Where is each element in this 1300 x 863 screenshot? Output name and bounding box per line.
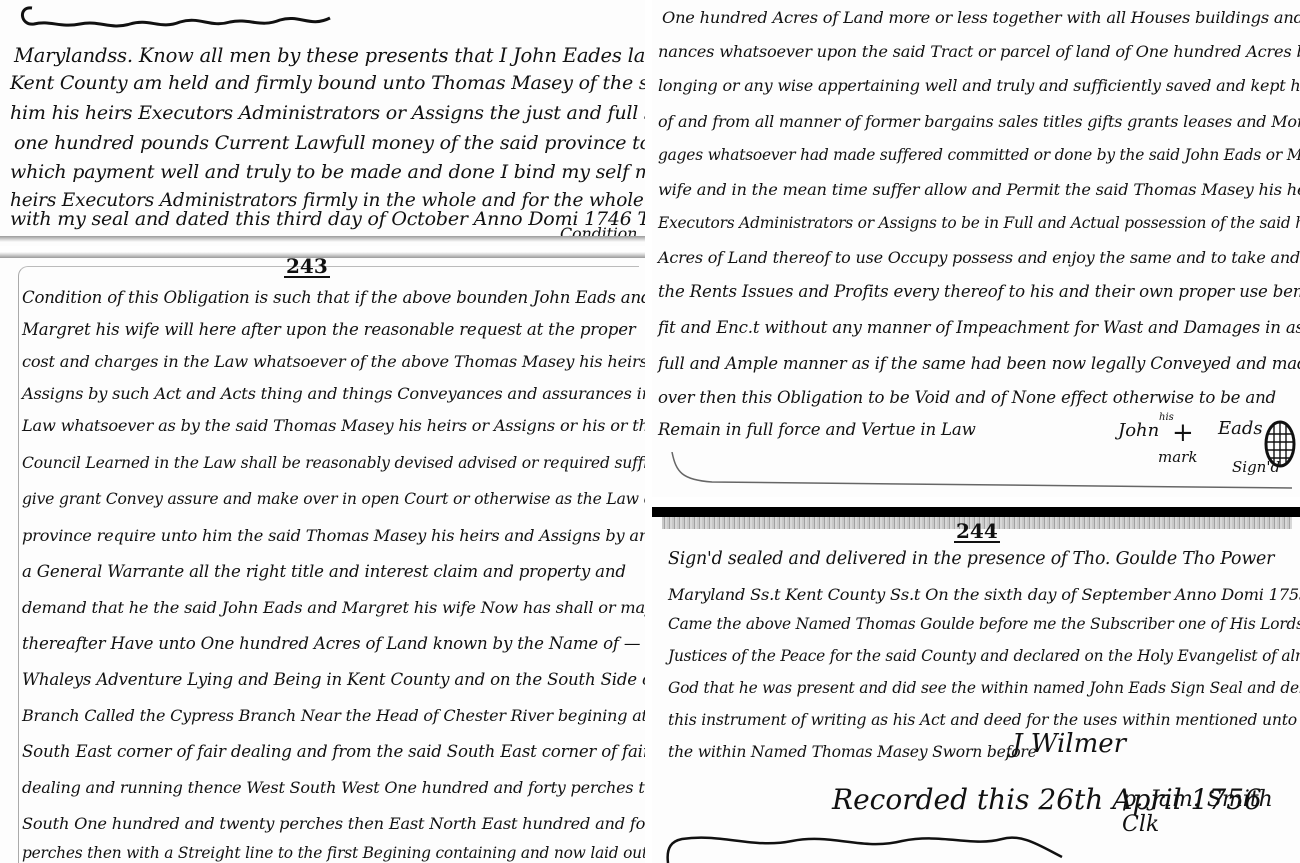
clerk-signature: p. Jam. Smith Clk bbox=[1122, 787, 1300, 837]
text-line: dealing and running thence West South We… bbox=[22, 778, 645, 797]
text-line: South One hundred and twenty perches the… bbox=[22, 814, 645, 833]
text-line: Kent County am held and firmly bound unt… bbox=[10, 72, 645, 94]
page-number: 243 bbox=[284, 256, 330, 278]
footer-flourish bbox=[662, 827, 1082, 863]
text-line: perches then with a Streight line to the… bbox=[22, 844, 645, 862]
text-line: province require unto him the said Thoma… bbox=[22, 526, 645, 545]
justice-signature: J Wilmer bbox=[1012, 729, 1126, 759]
text-line: Marylandss. Know all men by these presen… bbox=[14, 44, 645, 67]
header-flourish bbox=[10, 2, 350, 42]
signer-first-name: John bbox=[1118, 420, 1159, 441]
text-line: Condition of this Obligation is such tha… bbox=[22, 288, 645, 307]
text-line: Assigns by such Act and Acts thing and t… bbox=[22, 384, 645, 403]
text-line: of and from all manner of former bargain… bbox=[658, 112, 1300, 131]
scan-black-band bbox=[652, 507, 1300, 517]
text-line: South East corner of fair dealing and fr… bbox=[22, 742, 645, 761]
text-line: over then this Obligation to be Void and… bbox=[658, 388, 1276, 407]
text-line: demand that he the said John Eads and Ma… bbox=[22, 598, 645, 617]
text-line: with my seal and dated this third day of… bbox=[10, 208, 645, 230]
text-line: Branch Called the Cypress Branch Near th… bbox=[22, 706, 645, 725]
text-line: which payment well and truly to be made … bbox=[10, 161, 645, 183]
text-line: wife and in the mean time suffer allow a… bbox=[658, 180, 1300, 199]
text-line: longing or any wise appertaining well an… bbox=[658, 76, 1300, 95]
text-line: nances whatsoever upon the said Tract or… bbox=[658, 42, 1300, 61]
text-line: thereafter Have unto One hundred Acres o… bbox=[22, 634, 640, 653]
text-line: cost and charges in the Law whatsoever o… bbox=[22, 352, 645, 371]
text-line: Sign'd sealed and delivered in the prese… bbox=[668, 549, 1274, 569]
text-line: full and Ample manner as if the same had… bbox=[658, 354, 1300, 373]
page-edge-shadow bbox=[0, 236, 645, 242]
text-line: give grant Convey assure and make over i… bbox=[22, 490, 645, 508]
text-line: Maryland Ss.t Kent County Ss.t On the si… bbox=[668, 585, 1300, 604]
text-line: the within Named Thomas Masey Sworn befo… bbox=[668, 743, 1037, 761]
text-line: this instrument of writing as his Act an… bbox=[668, 711, 1297, 729]
signer-last-name: Eads bbox=[1218, 418, 1263, 439]
text-line: Executors Administrators or Assigns to b… bbox=[658, 214, 1300, 232]
text-line: Remain in full force and Vertue in Law bbox=[658, 420, 976, 439]
text-line: him his heirs Executors Administrators o… bbox=[10, 102, 645, 124]
text-line: Acres of Land thereof to use Occupy poss… bbox=[658, 248, 1300, 267]
text-line: gages whatsoever had made suffered commi… bbox=[658, 146, 1300, 164]
text-line: Justices of the Peace for the said Count… bbox=[668, 647, 1300, 665]
text-line: Margret his wife will here after upon th… bbox=[22, 320, 636, 339]
mark-cross: + bbox=[1172, 418, 1194, 448]
text-line: one hundred pounds Current Lawfull money… bbox=[14, 132, 645, 154]
text-line: Came the above Named Thomas Goulde befor… bbox=[668, 615, 1300, 633]
page-fragment-bottom-left: 243 Condition of this Obligation is such… bbox=[0, 252, 645, 863]
text-line: One hundred Acres of Land more or less t… bbox=[662, 8, 1300, 27]
page-bottom-edge bbox=[652, 452, 1300, 492]
text-line: the Rents Issues and Profits every there… bbox=[658, 282, 1300, 301]
page-fragment-top-left: Marylandss. Know all men by these presen… bbox=[0, 0, 645, 246]
text-line: God that he was present and did see the … bbox=[668, 679, 1300, 697]
text-line: Whaleys Adventure Lying and Being in Ken… bbox=[22, 670, 645, 689]
page-fragment-top-right: One hundred Acres of Land more or less t… bbox=[652, 0, 1300, 497]
text-line: a General Warrante all the right title a… bbox=[22, 562, 626, 581]
text-line: Council Learned in the Law shall be reas… bbox=[22, 454, 645, 472]
page-fragment-bottom-right: 244 Sign'd sealed and delivered in the p… bbox=[652, 507, 1300, 863]
page-number: 244 bbox=[954, 521, 1000, 543]
text-line: Law whatsoever as by the said Thomas Mas… bbox=[22, 416, 645, 435]
text-line: fit and Enc.t without any manner of Impe… bbox=[658, 318, 1300, 337]
